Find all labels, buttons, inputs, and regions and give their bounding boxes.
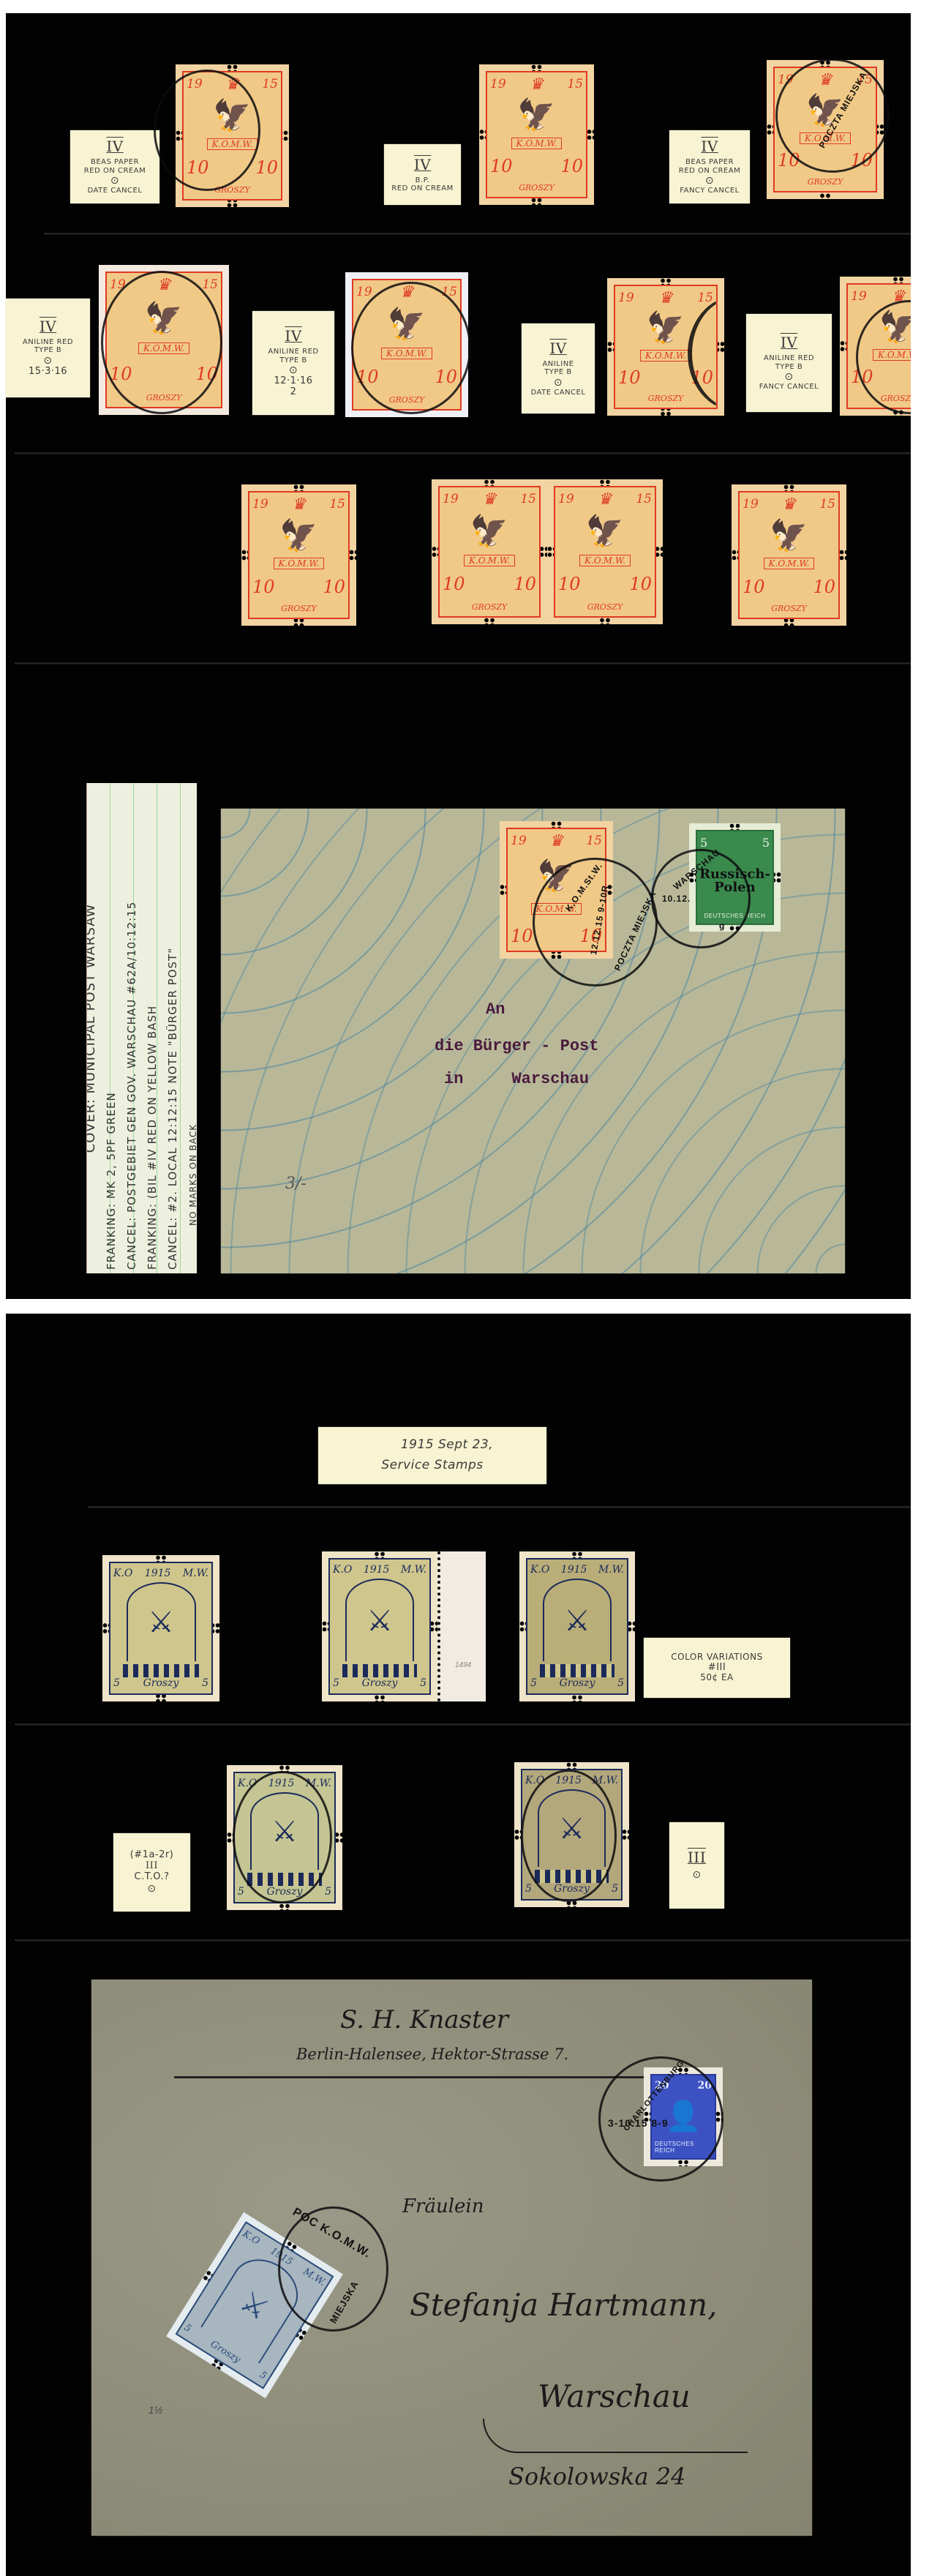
stamp-komw-10gr[interactable]: 19♛15 🦅 K.O.M.W. 1010 GROSZY [732, 484, 846, 626]
shelf-strip [15, 452, 911, 454]
recipient-line: Stefanja Hartmann, [410, 2287, 718, 2323]
pencil-mark: 1½ [149, 2404, 162, 2416]
crown-icon: ♛ [225, 77, 240, 93]
crown-icon: ♛ [658, 291, 673, 307]
stamp-germania-20pf[interactable]: 2020 👤 DEUTSCHES REICH [644, 2067, 723, 2166]
pencil-mark: 3/- [285, 1175, 307, 1193]
eagle-icon: 🦅 [647, 312, 685, 343]
stamp-komw-10gr[interactable]: 19♛15 🦅 K.O.M.W. 1010 GROSZY [241, 484, 356, 626]
section-title-label: 1915 Sept 23, Service Stamps [318, 1427, 546, 1484]
sender-name: S. H. Knaster [340, 2005, 508, 2034]
stamp-label: IV Beas Paper Red on Cream ⊙ Fancy Cance… [669, 130, 750, 203]
stamp-label: IV Aniline Red Type B ⊙ Fancy Cancel [746, 314, 832, 412]
stamp-pair-right[interactable]: 19♛15 🦅 K.O.M.W. 1010 GROSZY [547, 479, 663, 624]
recipient-line: Sokolowska 24 [508, 2463, 686, 2490]
eagle-icon: 🦅 [145, 303, 183, 334]
stamp-germania-5pf-russisch-polen[interactable]: 55 Russisch-Polen DEUTSCHES REICH [689, 823, 781, 932]
crown-icon: ♛ [891, 289, 906, 305]
stamp-label: (#1a-2r) III C.T.O.? ⊙ [113, 1833, 190, 1912]
eagle-icon: 🦅 [470, 516, 508, 547]
germania-icon: 👤 [665, 2099, 702, 2133]
page-right-margin [911, 0, 951, 2576]
sender-address: Berlin-Halensee, Hektor-Strasse 7. [296, 2045, 568, 2063]
shelf-strip [88, 1506, 911, 1508]
service-stamp-5gr-with-margin[interactable]: K.O1915M.W. ⚔ 5Groszy5 [322, 1551, 437, 1701]
flourish [483, 2419, 748, 2453]
eagle-icon: 🦅 [213, 100, 251, 131]
stamp-komw-10gr[interactable]: 19♛15 🦅 K.O.M.W. 1010 GROSZY [607, 278, 724, 416]
letterhead-rule [174, 2076, 672, 2078]
eagle-icon: 🦅 [537, 861, 575, 891]
warrior-icon: ⚔ [127, 1582, 196, 1661]
eagle-icon: 🦅 [806, 95, 844, 126]
service-stamp-5gr-cancelled[interactable]: K.O1915M.W. ⚔ 5Groszy5 [514, 1762, 629, 1907]
stamp-label: IV Aniline Red Type B ⊙ 12·1·16 2 [252, 311, 334, 415]
warrior-icon: ⚔ [538, 1789, 606, 1867]
eagle-icon: 🦅 [770, 520, 808, 551]
crown-icon: ♛ [157, 277, 171, 293]
stamp-pair-left[interactable]: 19♛15 🦅 K.O.M.W. 1010 GROSZY [432, 479, 547, 624]
cover-envelope-knaster[interactable]: S. H. Knaster Berlin-Halensee, Hektor-St… [91, 1980, 812, 2536]
sheet-margin: 1494 [437, 1551, 486, 1701]
cover-description-label: Cover: Municipal Post Warsaw Franking: M… [86, 783, 197, 1273]
crown-icon: ♛ [530, 77, 544, 93]
shelf-strip [15, 662, 911, 664]
stamp-label: Color Variations #III 50¢ ea [644, 1638, 790, 1698]
crown-icon: ♛ [598, 492, 612, 508]
stamp-label: III ⊙ [669, 1822, 724, 1909]
crown-icon: ♛ [399, 285, 414, 301]
shelf-strip [15, 1723, 911, 1726]
stamp-label: IV B.P. Red on Cream [384, 144, 461, 205]
stamp-komw-10gr[interactable]: 19♛15 🦅 K.O.M.W. 1010 GROSZY [479, 64, 594, 205]
stamp-label: IV Aniline Type B ⊙ Date Cancel [522, 323, 595, 413]
stamp-komw-10gr[interactable]: 19♛15 🦅 K.O.M.W. 1010 GROSZY [767, 60, 884, 199]
eagle-icon: 🦅 [388, 309, 426, 340]
shelf-strip [15, 1939, 911, 1942]
warrior-icon: ⚔ [345, 1579, 414, 1661]
stamp-komw-10gr[interactable]: 19♛15 🦅 K.O.M.W. 1010 GROSZY [176, 64, 289, 207]
shelf-strip [44, 233, 911, 235]
stamp-on-piece-komw-10gr[interactable]: 19♛15 🦅 K.O.M.W. 1010 GROSZY [345, 272, 468, 417]
eagle-icon: 🦅 [586, 516, 624, 547]
stamp-on-piece-komw-10gr[interactable]: 19♛15 🦅 K.O.M.W. 1010 GROSZY [99, 265, 229, 415]
crown-icon: ♛ [818, 72, 832, 89]
stamp-label: IV Aniline Red Type B ⊙ 15·3·16 [6, 299, 90, 397]
crown-icon: ♛ [482, 492, 497, 508]
eagle-icon: 🦅 [279, 520, 317, 551]
service-stamp-5gr[interactable]: K.O1915M.W. ⚔ 5Groszy5 [519, 1551, 635, 1701]
stamp-komw-10gr-on-cover[interactable]: 19♛15 🦅 K.O.M.W. 1010 [500, 821, 613, 959]
recipient-line: Fräulein [402, 2195, 484, 2217]
service-stamp-5gr[interactable]: K.O1915M.W. ⚔ 5Groszy5 [102, 1555, 219, 1701]
service-stamp-5gr-cancelled[interactable]: K.O1915M.W. ⚔ 5Groszy5 [227, 1765, 342, 1910]
crown-icon: ♛ [549, 834, 564, 850]
crown-icon: ♛ [782, 497, 797, 513]
recipient-line: Warschau [538, 2378, 691, 2414]
stamp-label: IV Beas Paper Red on Cream ⊙ Date Cancel [70, 130, 159, 203]
warrior-icon: ⚔ [543, 1579, 612, 1661]
eagle-icon: 🦅 [517, 100, 555, 130]
crown-icon: ♛ [292, 497, 307, 513]
warrior-icon: ⚔ [250, 1792, 319, 1870]
